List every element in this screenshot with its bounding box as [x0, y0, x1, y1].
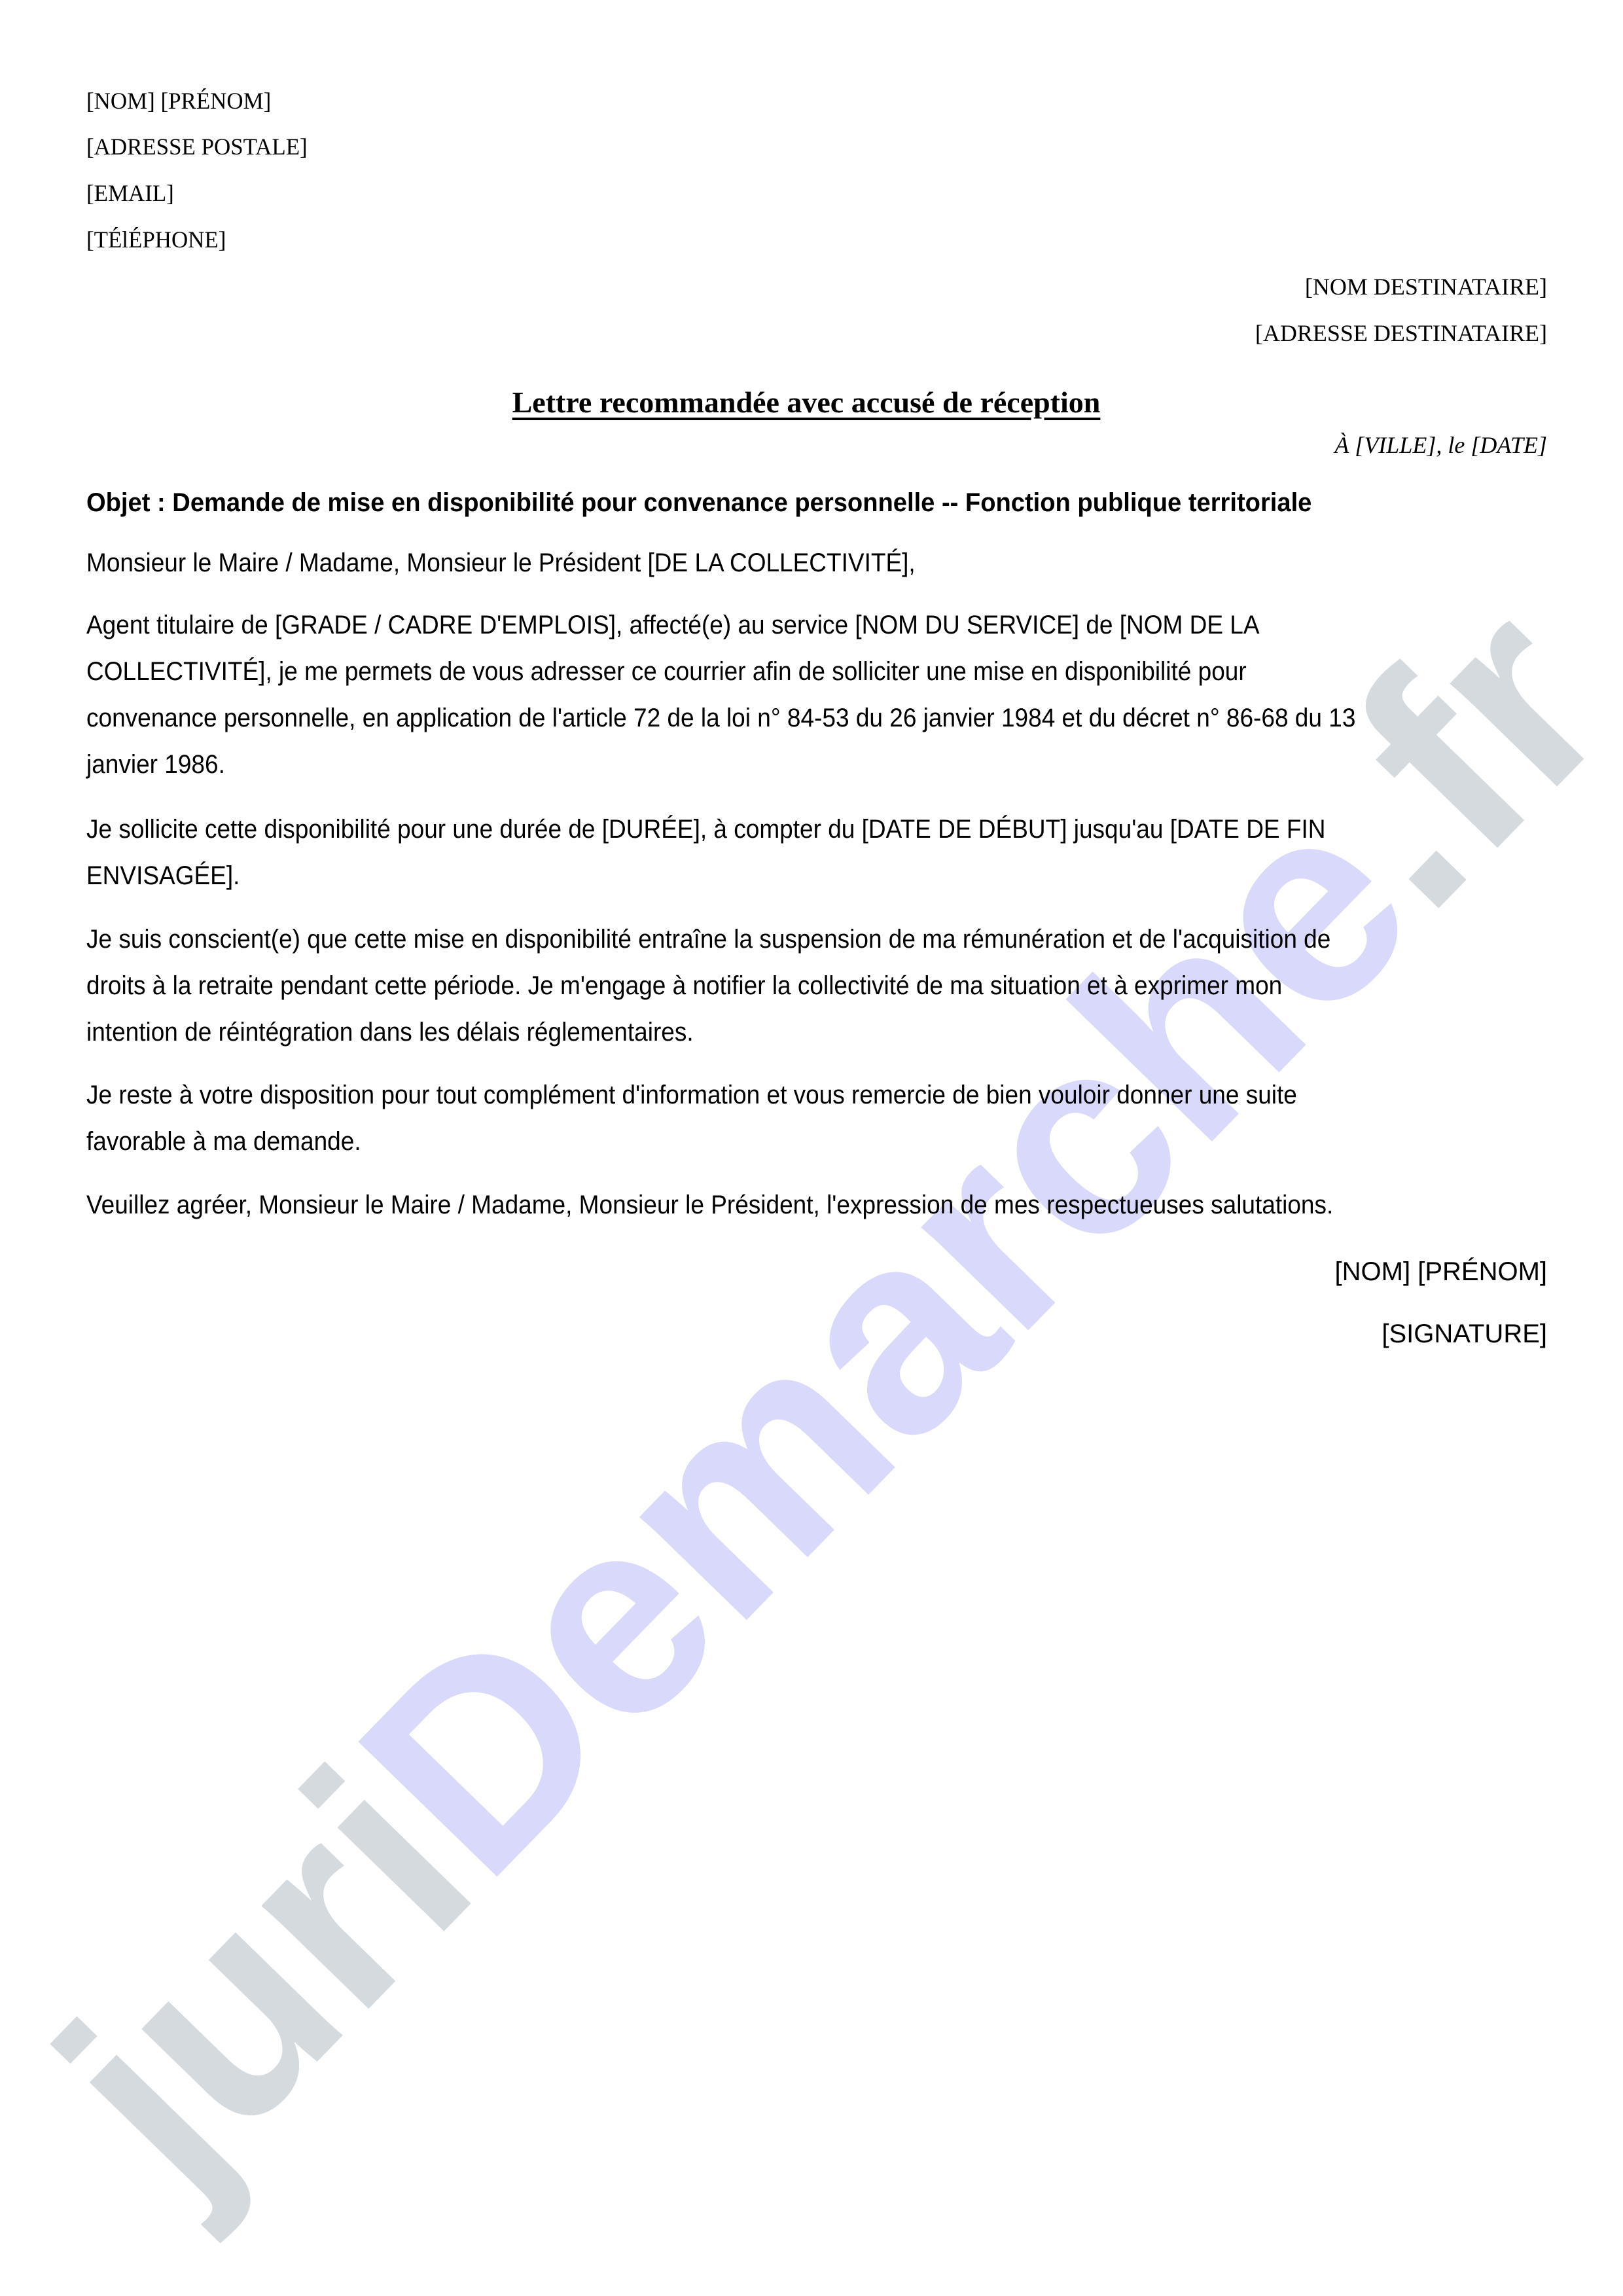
signature-name: [NOM] [PRÉNOM]	[1335, 1257, 1547, 1286]
letter-title-text: Lettre recommandée avec accusé de récept…	[512, 386, 1101, 419]
paragraph-line: Agent titulaire de [GRADE / CADRE D'EMPL…	[86, 602, 1442, 649]
paragraph-line: janvier 1986.	[86, 742, 1442, 788]
paragraph-2: Je sollicite cette disponibilité pour un…	[86, 806, 1552, 899]
paragraph-line: ENVISAGÉE].	[86, 853, 1442, 899]
sender-email: [EMAIL]	[86, 180, 174, 206]
sender-phone: [TÉlÉPHONE]	[86, 226, 226, 253]
recipient-address: [ADRESSE DESTINATAIRE]	[1255, 320, 1547, 346]
recipient-name: [NOM DESTINATAIRE]	[1305, 274, 1547, 300]
sender-address: [ADRESSE POSTALE]	[86, 134, 308, 160]
paragraph-line: intention de réintégration dans les déla…	[86, 1009, 1442, 1056]
letter-object: Objet : Demande de mise en disponibilité…	[86, 488, 1311, 517]
paragraph-closing: Veuillez agréer, Monsieur le Maire / Mad…	[86, 1182, 1552, 1229]
salutation-text: Monsieur le Maire / Madame, Monsieur le …	[86, 540, 1442, 586]
paragraph-4: Je reste à votre disposition pour tout c…	[86, 1072, 1552, 1165]
place-date: À [VILLE], le [DATE]	[1334, 432, 1547, 458]
paragraph-3: Je suis conscient(e) que cette mise en d…	[86, 916, 1552, 1056]
letter-title: Lettre recommandée avec accusé de récept…	[0, 386, 1623, 419]
paragraph-line: favorable à ma demande.	[86, 1119, 1442, 1165]
sender-name: [NOM] [PRÉNOM]	[86, 88, 271, 114]
watermark-part-juri: juri	[0, 1713, 527, 2242]
salutation: Monsieur le Maire / Madame, Monsieur le …	[86, 540, 1552, 586]
paragraph-line: droits à la retraite pendant cette pério…	[86, 963, 1442, 1009]
paragraph-line: Je suis conscient(e) que cette mise en d…	[86, 916, 1442, 963]
paragraph-line: convenance personnelle, en application d…	[86, 695, 1442, 742]
paragraph-1: Agent titulaire de [GRADE / CADRE D'EMPL…	[86, 602, 1552, 788]
paragraph-line: Je sollicite cette disponibilité pour un…	[86, 806, 1442, 853]
paragraph-line: Veuillez agréer, Monsieur le Maire / Mad…	[86, 1182, 1442, 1229]
paragraph-line: Je reste à votre disposition pour tout c…	[86, 1072, 1442, 1119]
signature-placeholder: [SIGNATURE]	[1382, 1319, 1547, 1348]
paragraph-line: COLLECTIVITÉ], je me permets de vous adr…	[86, 649, 1442, 695]
letter-page: juriDemarche.fr [NOM] [PRÉNOM] [ADRESSE …	[0, 0, 1623, 2296]
